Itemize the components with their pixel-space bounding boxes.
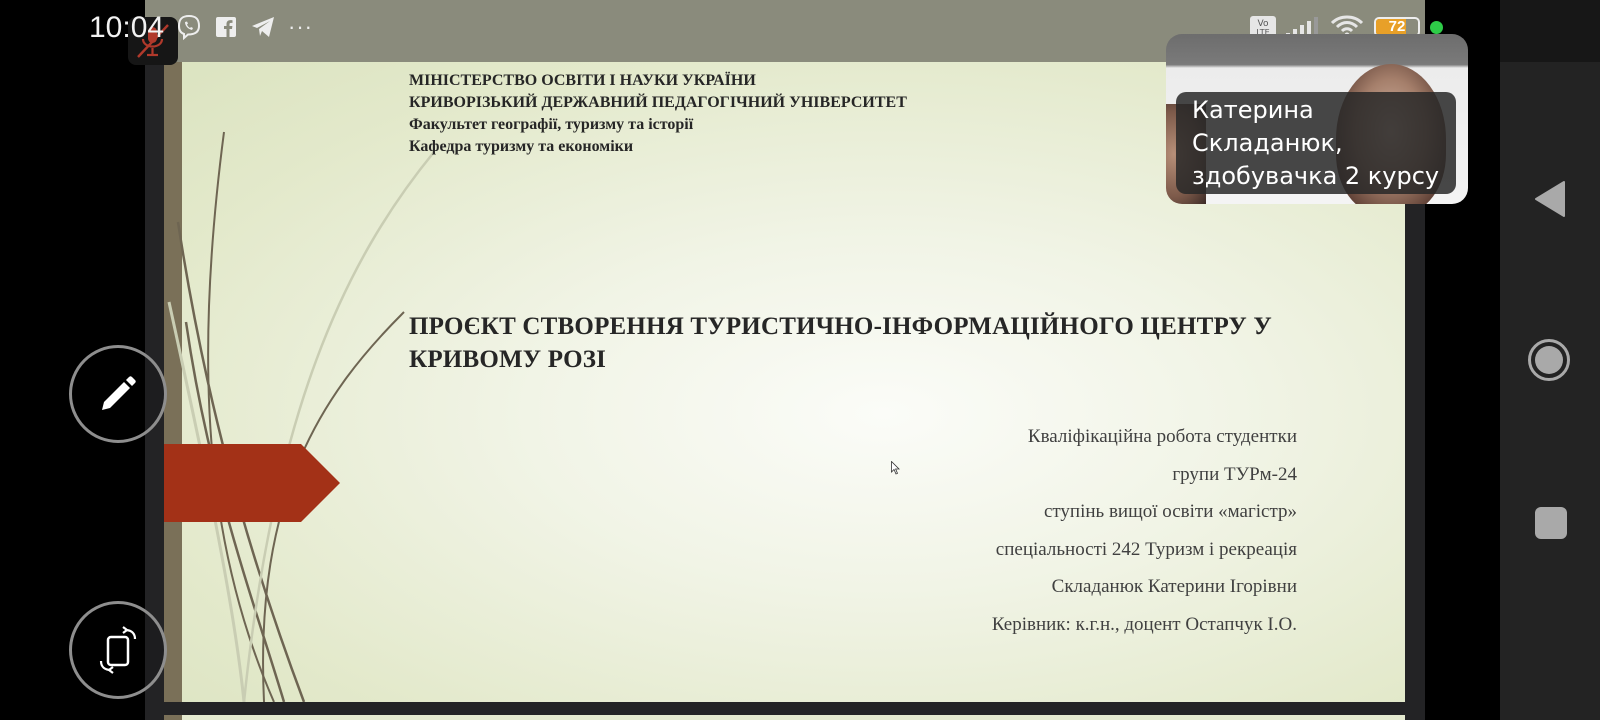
title-line: ПРОЄКТ СТВОРЕННЯ ТУРИСТИЧНО-ІНФОРМАЦІЙНО… (409, 310, 1309, 343)
home-icon-inner (1535, 346, 1563, 374)
title-line: КРИВОМУ РОЗІ (409, 343, 1309, 376)
header-line: Факультет географії, туризму та історії (409, 114, 907, 136)
back-icon[interactable] (1534, 180, 1568, 218)
status-time: 10:04 (89, 10, 164, 46)
slide-header: МІНІСТЕРСТВО ОСВІТИ І НАУКИ УКРАЇНИ КРИВ… (409, 70, 907, 158)
mouse-cursor-icon (891, 461, 901, 475)
participant-name-line: Складанюк, (1192, 127, 1456, 160)
slide-left-bar (164, 715, 182, 720)
red-arrow-shape (164, 444, 344, 524)
notification-icons: ··· (176, 14, 313, 40)
facebook-icon (214, 15, 238, 39)
header-line: МІНІСТЕРСТВО ОСВІТИ І НАУКИ УКРАЇНИ (409, 70, 907, 92)
navigation-bar (1500, 62, 1600, 720)
participant-name-label: Катерина Складанюк, здобувачка 2 курсу (1176, 92, 1456, 194)
pencil-icon (96, 372, 140, 416)
info-line: Керівник: к.г.н., доцент Остапчук І.О. (992, 606, 1297, 644)
battery-percent: 72 (1376, 18, 1418, 35)
info-line: групи ТУРм-24 (992, 456, 1297, 494)
rotate-screen-icon (93, 625, 143, 675)
participant-video-pip[interactable]: Катерина Складанюк, здобувачка 2 курсу (1166, 34, 1468, 204)
slide-title: ПРОЄКТ СТВОРЕННЯ ТУРИСТИЧНО-ІНФОРМАЦІЙНО… (409, 310, 1309, 376)
info-line: ступінь вищої освіти «магістр» (992, 493, 1297, 531)
more-dots-icon: ··· (288, 17, 313, 37)
viber-icon (176, 14, 202, 40)
info-line: спеціальності 242 Туризм і рекреація (992, 531, 1297, 569)
header-line: КРИВОРІЗЬКИЙ ДЕРЖАВНИЙ ПЕДАГОГІЧНИЙ УНІВ… (409, 92, 907, 114)
telegram-icon (250, 15, 276, 39)
info-line: Кваліфікаційна робота студентки (992, 418, 1297, 456)
recents-icon[interactable] (1535, 507, 1567, 539)
rotate-screen-button[interactable] (69, 601, 167, 699)
home-icon[interactable] (1528, 339, 1570, 381)
right-panel-top (1500, 0, 1600, 62)
next-slide-preview[interactable] (164, 715, 1405, 720)
participant-name-line: Катерина (1192, 94, 1456, 127)
header-line: Кафедра туризму та економіки (409, 136, 907, 158)
annotate-button[interactable] (69, 345, 167, 443)
info-line: Складанюк Катерини Ігорівни (992, 568, 1297, 606)
slide-author-info: Кваліфікаційна робота студентки групи ТУ… (992, 418, 1297, 644)
privacy-dot-icon (1430, 21, 1443, 34)
participant-role-line: здобувачка 2 курсу (1192, 160, 1456, 193)
